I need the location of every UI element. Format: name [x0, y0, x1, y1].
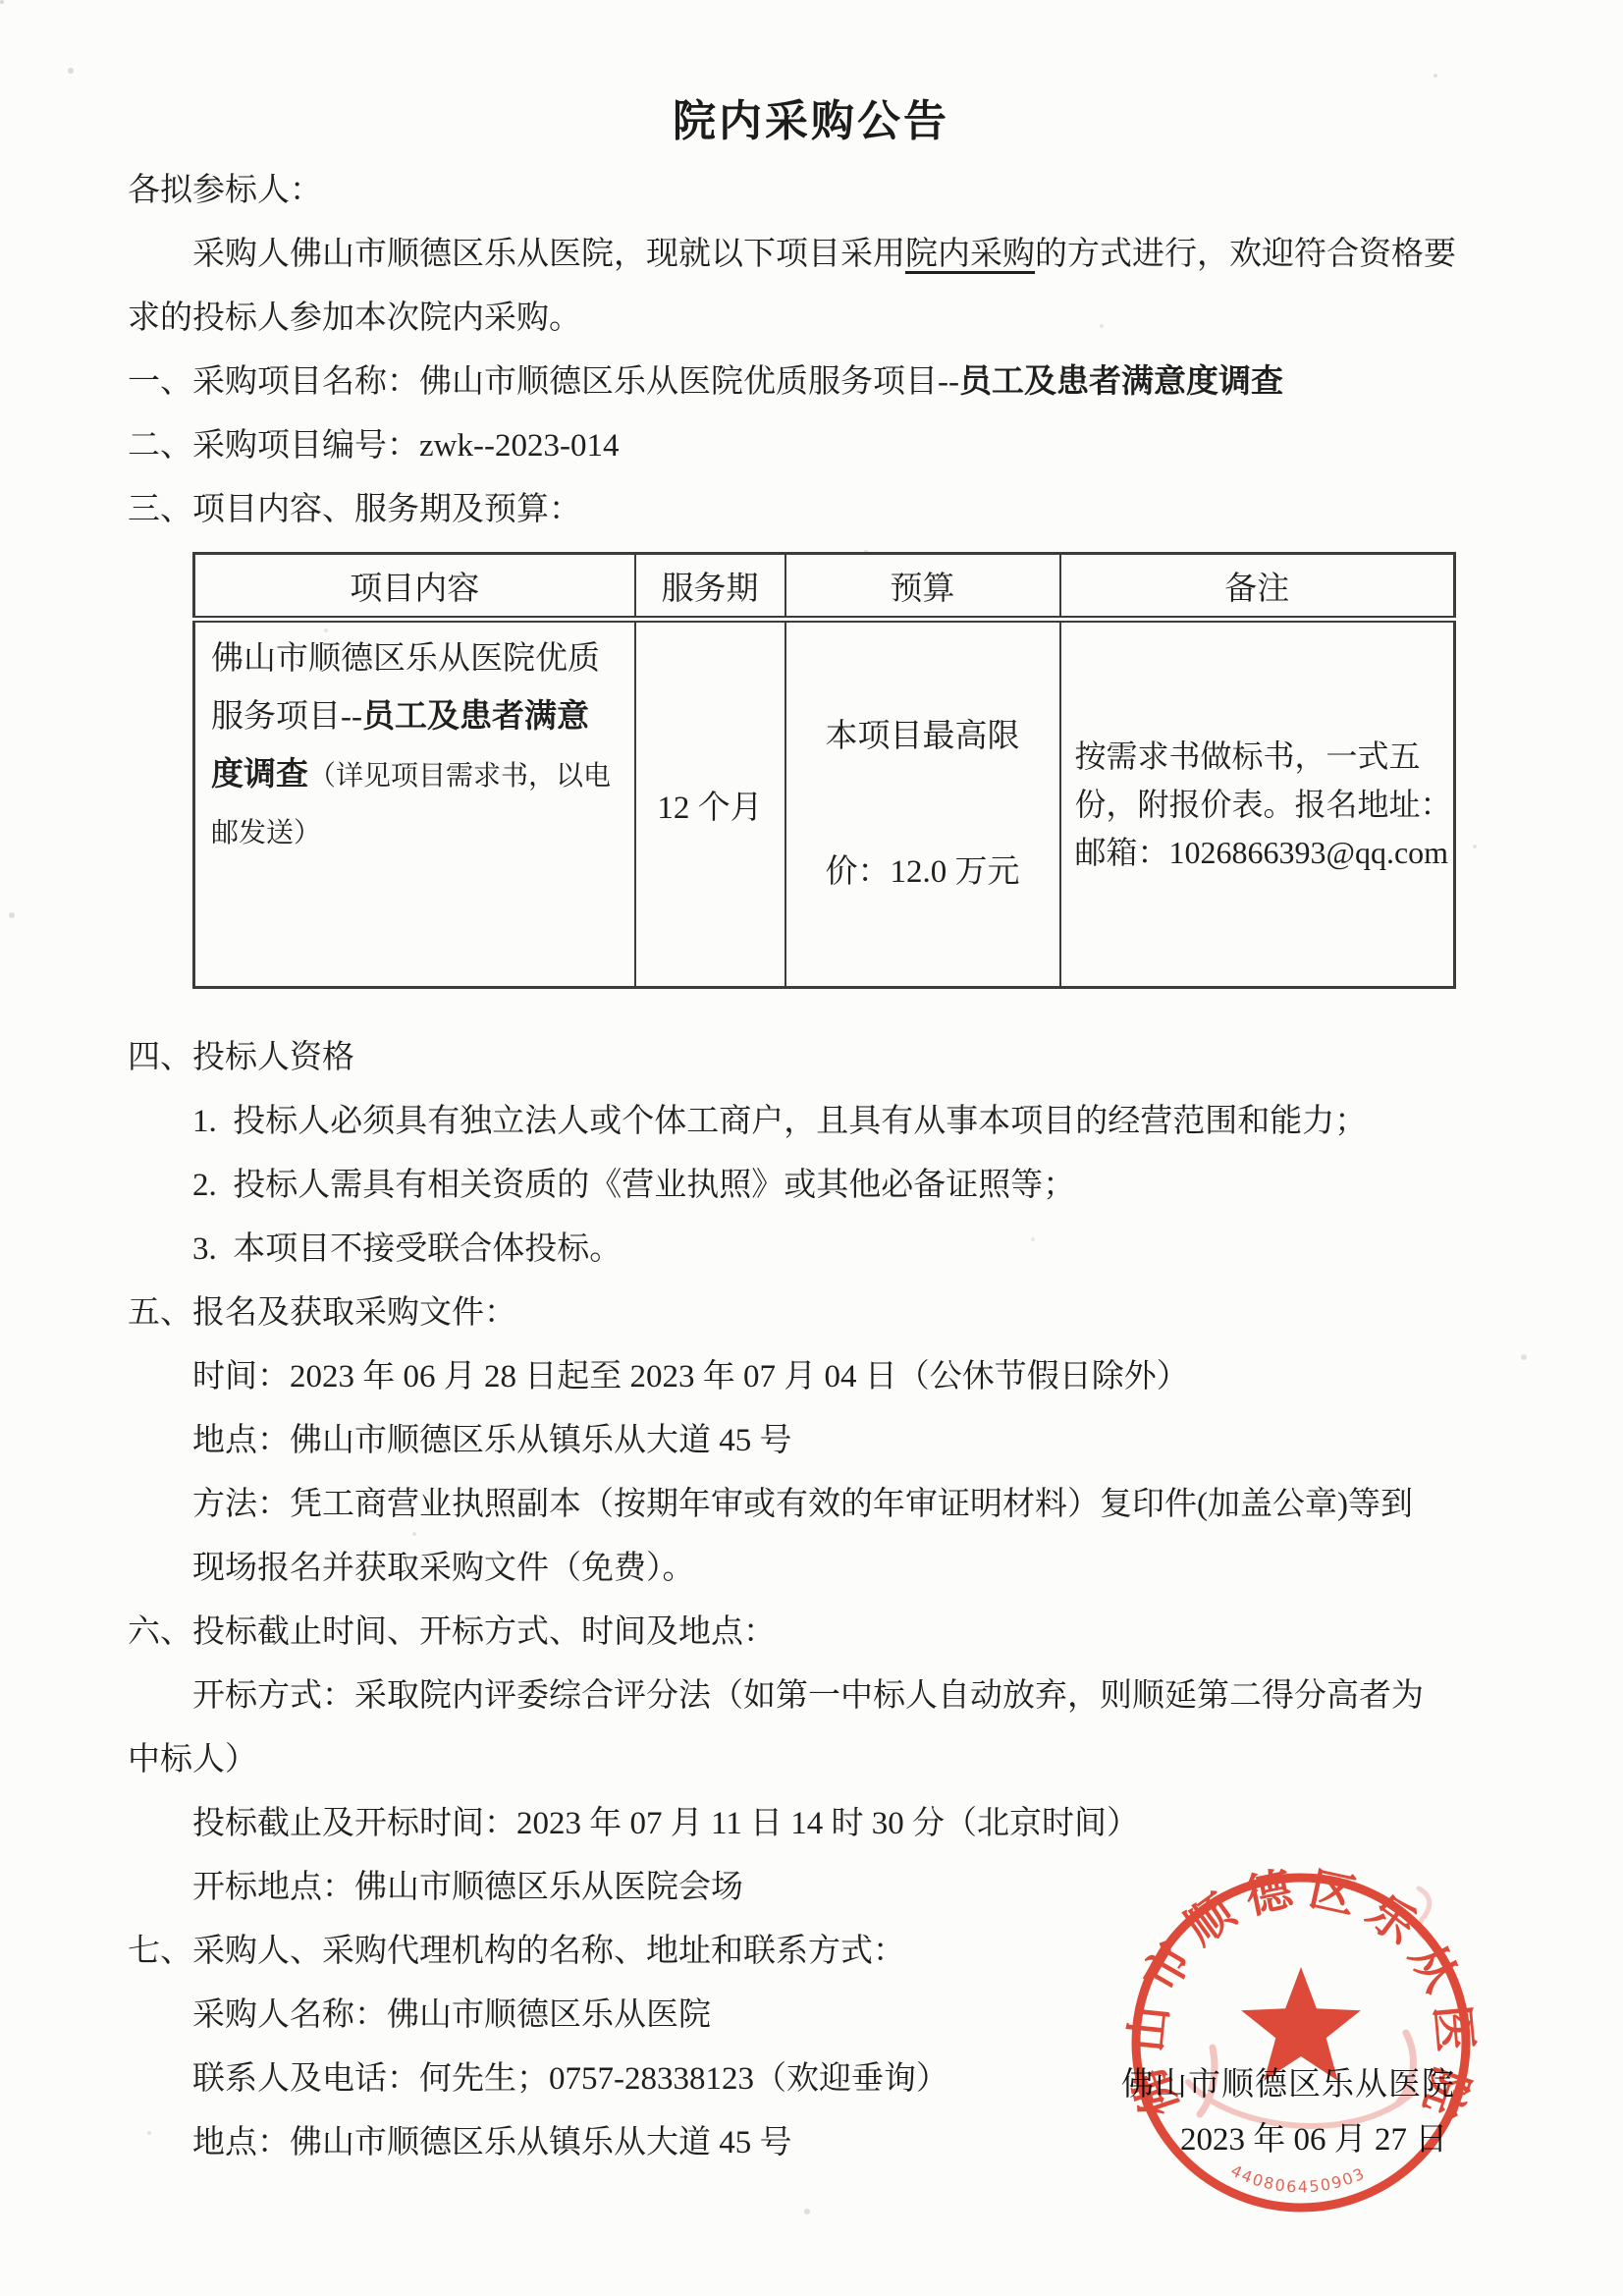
seal-graphic: 佛山市顺德区乐从医院 440806450903	[1119, 1861, 1483, 2224]
table-header-remark: 备注	[1060, 554, 1455, 620]
procurement-table: 项目内容 服务期 预算 备注 佛山市顺德区乐从医院优质 服务项目--员工及患者满…	[192, 552, 1456, 989]
section-6-method-line-1: 开标方式：采取院内评委综合评分法（如第一中标人自动放弃，则顺延第二得分高者为	[192, 1665, 1494, 1728]
section-1-label: 一、采购项目名称：佛山市顺德区乐从医院优质服务项目--	[128, 364, 959, 400]
intro-line-1: 采购人佛山市顺德区乐从医院，现就以下项目采用院内采购的方式进行，欢迎符合资格要	[128, 223, 1494, 287]
section-6-deadline: 投标截止及开标时间：2023 年 07 月 11 日 14 时 30 分（北京时…	[192, 1792, 1494, 1856]
section-1-project-name: 一、采购项目名称：佛山市顺德区乐从医院优质服务项目--员工及患者满意度调查	[128, 351, 1494, 414]
intro-underlined-term: 院内采购	[905, 237, 1035, 272]
section-4-item-3: 3. 本项目不接受联合体投标。	[192, 1218, 1494, 1282]
intro-text-post: 的方式进行，欢迎符合资格要	[1035, 237, 1456, 272]
project-content-line-3-bold: 度调查	[211, 757, 308, 793]
section-3-heading: 三、项目内容、服务期及预算：	[128, 478, 1494, 542]
section-5-time: 时间：2023 年 06 月 28 日起至 2023 年 07 月 04 日（公…	[192, 1345, 1494, 1409]
table-header-budget: 预算	[785, 554, 1060, 620]
project-content-line-2: 服务项目--员工及患者满意	[211, 688, 634, 746]
table-row: 佛山市顺德区乐从医院优质 服务项目--员工及患者满意 度调查（详见项目需求书，以…	[194, 620, 1455, 988]
intro-line-2: 求的投标人参加本次院内采购。	[128, 287, 1494, 351]
remark-line-1: 按需求书做标书，一式五	[1075, 733, 1453, 781]
project-content-line-1: 佛山市顺德区乐从医院优质	[211, 630, 634, 688]
salutation: 各拟参标人：	[128, 159, 1494, 223]
official-seal-stamp: 佛山市顺德区乐从医院 440806450903	[1119, 1861, 1483, 2224]
project-content-line-2-normal: 服务项目--	[211, 699, 362, 735]
section-4-item-1: 1. 投标人必须具有独立法人或个体工商户，且具有从事本项目的经营范围和能力；	[192, 1090, 1494, 1154]
cell-remark: 按需求书做标书，一式五 份，附报价表。报名地址： 邮箱：1026866393@q…	[1060, 620, 1455, 988]
scan-noise-speckles	[0, 0, 4, 4]
section-1-project-name-bold: 员工及患者满意度调查	[959, 364, 1283, 400]
table-header-content: 项目内容	[194, 554, 635, 620]
page-title: 院内采购公告	[128, 84, 1494, 159]
remark-line-3: 邮箱：1026866393@qq.com	[1075, 829, 1453, 877]
section-5-place: 地点：佛山市顺德区乐从镇乐从大道 45 号	[192, 1409, 1494, 1473]
section-5-method-line-1: 方法：凭工商营业执照副本（按期年审或有效的年审证明材料）复印件(加盖公章)等到	[192, 1473, 1494, 1537]
project-content-line-4: 邮发送）	[211, 804, 634, 862]
cell-budget: 本项目最高限 价：12.0 万元	[785, 620, 1060, 988]
seal-star-icon	[1241, 1967, 1361, 2081]
project-content-line-2-bold: 员工及患者满意	[362, 699, 589, 735]
project-content-line-3: 度调查（详见项目需求书，以电	[211, 746, 634, 804]
section-6-method-line-2: 中标人）	[128, 1728, 1494, 1792]
section-2-project-number: 二、采购项目编号：zwk--2023-014	[128, 414, 1494, 478]
cell-project-content: 佛山市顺德区乐从医院优质 服务项目--员工及患者满意 度调查（详见项目需求书，以…	[194, 620, 635, 988]
table-header-row: 项目内容 服务期 预算 备注	[194, 554, 1455, 620]
remark-line-2: 份，附报价表。报名地址：	[1075, 781, 1453, 829]
cell-service-period: 12 个月	[635, 620, 785, 988]
table-header-service-period: 服务期	[635, 554, 785, 620]
section-5-method-line-2: 现场报名并获取采购文件（免费）。	[192, 1537, 1494, 1601]
budget-text-block: 本项目最高限 价：12.0 万元	[826, 624, 1020, 985]
budget-line-1: 本项目最高限	[826, 714, 1020, 759]
section-6-heading: 六、投标截止时间、开标方式、时间及地点：	[128, 1601, 1494, 1665]
scanned-document-page: 院内采购公告 各拟参标人： 采购人佛山市顺德区乐从医院，现就以下项目采用院内采购…	[0, 0, 1623, 2296]
section-5-heading: 五、报名及获取采购文件：	[128, 1282, 1494, 1345]
seal-serial-holder: 440806450903	[1228, 2161, 1370, 2197]
intro-text-pre: 采购人佛山市顺德区乐从医院，现就以下项目采用	[192, 237, 905, 272]
project-content-line-3-note: （详见项目需求书，以电	[308, 761, 611, 792]
seal-serial-number: 440806450903	[1228, 2161, 1370, 2197]
section-4-item-2: 2. 投标人需具有相关资质的《营业执照》或其他必备证照等；	[192, 1154, 1494, 1218]
budget-line-2: 价：12.0 万元	[826, 849, 1020, 895]
section-4-heading: 四、投标人资格	[128, 1026, 1494, 1090]
